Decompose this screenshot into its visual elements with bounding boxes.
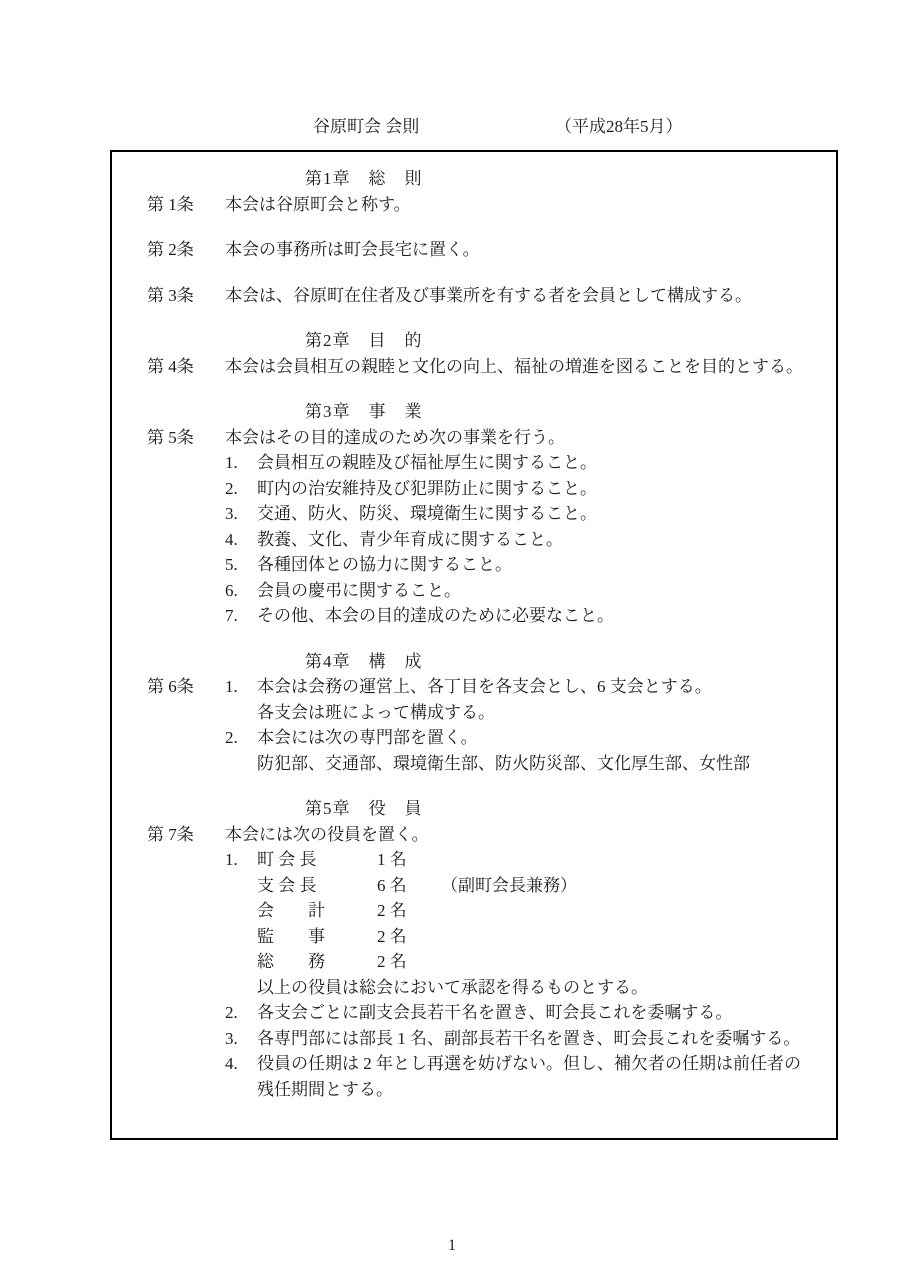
- continuation-text: 防犯部、交通部、環境衛生部、防火防災部、文化厚生部、女性部: [257, 754, 750, 773]
- blank-line: [147, 263, 826, 283]
- officer-count: 2 名: [377, 924, 441, 950]
- blank-line: [147, 308, 826, 328]
- list-item: 4.役員の任期は 2 年とし再選を妨げない。但し、補欠者の任期は前任者の: [147, 1051, 826, 1077]
- item-number: 4.: [225, 527, 257, 553]
- list-item: 2.各支会ごとに副支会長若干名を置き、町会長これを委嘱する。: [147, 1000, 826, 1026]
- chapter-heading: 第1章 総 則: [147, 166, 826, 192]
- list-item: 4.教養、文化、青少年育成に関すること。: [147, 527, 826, 553]
- article-text: 本会はその目的達成のため次の事業を行う。: [225, 428, 565, 447]
- item-number: 2.: [225, 1000, 257, 1026]
- document-date-note: （平成28年5月）: [555, 112, 683, 137]
- document-title: 谷原町会 会則: [313, 112, 419, 137]
- continuation-text: 残任期間とする。: [257, 1080, 393, 1099]
- item-text: 町内の治安維持及び犯罪防止に関すること。: [257, 479, 597, 498]
- article-line: 第 1条本会は谷原町会と称す。: [147, 192, 826, 218]
- document-header: 谷原町会 会則 （平成28年5月）: [0, 112, 904, 138]
- article-text: 本会は会員相互の親睦と文化の向上、福祉の増進を図ることを目的とする。: [225, 357, 803, 376]
- article-text: 本会は谷原町会と称す。: [225, 195, 411, 214]
- item-number: 7.: [225, 603, 257, 629]
- document-footer: 1: [0, 1237, 904, 1255]
- item-text: 本会は会務の運営上、各丁目を各支会とし、6 支会とする。: [257, 677, 712, 696]
- officer-count: 6 名: [377, 873, 441, 899]
- list-item: 3.各専門部には部長 1 名、副部長若干名を置き、町会長これを委嘱する。: [147, 1026, 826, 1052]
- article-label: 第 6条: [147, 674, 225, 700]
- item-text: その他、本会の目的達成のために必要なこと。: [257, 606, 614, 625]
- article-line: 第 5条本会はその目的達成のため次の事業を行う。: [147, 425, 826, 451]
- chapter-heading: 第2章 目 的: [147, 328, 826, 354]
- list-item: 2.本会には次の専門部を置く。: [147, 725, 826, 751]
- item-text: 教養、文化、青少年育成に関すること。: [257, 530, 563, 549]
- item-number: 6.: [225, 578, 257, 604]
- article-line: 第 4条本会は会員相互の親睦と文化の向上、福祉の増進を図ることを目的とする。: [147, 354, 826, 380]
- chapter-heading-text: 第2章 目 的: [305, 331, 423, 350]
- officer-count: 2 名: [377, 898, 441, 924]
- continuation-text: 各支会は班によって構成する。: [257, 703, 495, 722]
- article-label: 第 5条: [147, 425, 225, 451]
- item-number: 4.: [225, 1051, 257, 1077]
- continuation-line: 以上の役員は総会において承認を得るものとする。: [147, 975, 826, 1001]
- article-label: 第 7条: [147, 822, 225, 848]
- item-text: 各種団体との協力に関すること。: [257, 555, 512, 574]
- page-number: 1: [448, 1237, 456, 1254]
- article-label: 第 2条: [147, 237, 225, 263]
- officer-title: 会 計: [257, 898, 377, 924]
- chapter-heading-text: 第3章 事 業: [305, 402, 423, 421]
- continuation-text: 以上の役員は総会において承認を得るものとする。: [257, 978, 648, 997]
- officer-count: 2 名: [377, 949, 441, 975]
- list-item: 1.会員相互の親睦及び福祉厚生に関すること。: [147, 450, 826, 476]
- document-page: { "page": { "title": "谷原町会 会則", "date_no…: [0, 0, 904, 1280]
- list-item: 3.交通、防火、防災、環境衛生に関すること。: [147, 501, 826, 527]
- chapter-heading: 第5章 役 員: [147, 796, 826, 822]
- officer-note: （副町会長兼務）: [441, 876, 577, 895]
- blank-line: [147, 629, 826, 649]
- officer-title: 監 事: [257, 924, 377, 950]
- officer-title: 支 会 長: [257, 873, 377, 899]
- item-number: 2.: [225, 476, 257, 502]
- list-item: 5.各種団体との協力に関すること。: [147, 552, 826, 578]
- list-item: 2.町内の治安維持及び犯罪防止に関すること。: [147, 476, 826, 502]
- officer-row: 総 務2 名: [147, 949, 826, 975]
- item-number: 2.: [225, 725, 257, 751]
- chapter-heading-text: 第5章 役 員: [305, 799, 423, 818]
- item-number: 5.: [225, 552, 257, 578]
- officer-row: 会 計2 名: [147, 898, 826, 924]
- item-number: 1.: [225, 847, 257, 873]
- article-line: 第 6条1.本会は会務の運営上、各丁目を各支会とし、6 支会とする。: [147, 674, 826, 700]
- rules-box: 第1章 総 則第 1条本会は谷原町会と称す。第 2条本会の事務所は町会長宅に置く…: [110, 150, 838, 1140]
- chapter-heading-text: 第1章 総 則: [305, 169, 423, 188]
- list-item: 7.その他、本会の目的達成のために必要なこと。: [147, 603, 826, 629]
- document-body: 第1章 総 則第 1条本会は谷原町会と称す。第 2条本会の事務所は町会長宅に置く…: [147, 166, 826, 1102]
- blank-line: [147, 379, 826, 399]
- officer-row: 1.町 会 長1 名: [147, 847, 826, 873]
- officer-row: 監 事2 名: [147, 924, 826, 950]
- blank-line: [147, 217, 826, 237]
- item-number: 1.: [225, 674, 257, 700]
- continuation-line: 防犯部、交通部、環境衛生部、防火防災部、文化厚生部、女性部: [147, 751, 826, 777]
- officer-row: 支 会 長6 名（副町会長兼務）: [147, 873, 826, 899]
- article-line: 第 2条本会の事務所は町会長宅に置く。: [147, 237, 826, 263]
- item-text: 各専門部には部長 1 名、副部長若干名を置き、町会長これを委嘱する。: [257, 1029, 800, 1048]
- officer-count: 1 名: [377, 847, 441, 873]
- item-text: 本会には次の専門部を置く。: [257, 728, 478, 747]
- chapter-heading: 第4章 構 成: [147, 649, 826, 675]
- item-number: 1.: [225, 450, 257, 476]
- article-text: 本会は、谷原町在住者及び事業所を有する者を会員として構成する。: [225, 286, 752, 305]
- article-line: 第 3条本会は、谷原町在住者及び事業所を有する者を会員として構成する。: [147, 283, 826, 309]
- continuation-line: 各支会は班によって構成する。: [147, 700, 826, 726]
- article-text: 本会の事務所は町会長宅に置く。: [225, 240, 480, 259]
- item-text: 各支会ごとに副支会長若干名を置き、町会長これを委嘱する。: [257, 1003, 732, 1022]
- article-label: 第 1条: [147, 192, 225, 218]
- article-label: 第 4条: [147, 354, 225, 380]
- blank-line: [147, 776, 826, 796]
- chapter-heading-text: 第4章 構 成: [305, 652, 423, 671]
- item-text: 交通、防火、防災、環境衛生に関すること。: [257, 504, 597, 523]
- article-label: 第 3条: [147, 283, 225, 309]
- article-text: 本会には次の役員を置く。: [225, 825, 429, 844]
- item-number: 3.: [225, 501, 257, 527]
- item-text: 会員の慶弔に関すること。: [257, 581, 461, 600]
- item-text: 役員の任期は 2 年とし再選を妨げない。但し、補欠者の任期は前任者の: [257, 1054, 801, 1073]
- item-number: 3.: [225, 1026, 257, 1052]
- list-item: 6.会員の慶弔に関すること。: [147, 578, 826, 604]
- chapter-heading: 第3章 事 業: [147, 399, 826, 425]
- continuation-line: 残任期間とする。: [147, 1077, 826, 1103]
- article-line: 第 7条本会には次の役員を置く。: [147, 822, 826, 848]
- officer-title: 町 会 長: [257, 847, 377, 873]
- officer-title: 総 務: [257, 949, 377, 975]
- item-text: 会員相互の親睦及び福祉厚生に関すること。: [257, 453, 597, 472]
